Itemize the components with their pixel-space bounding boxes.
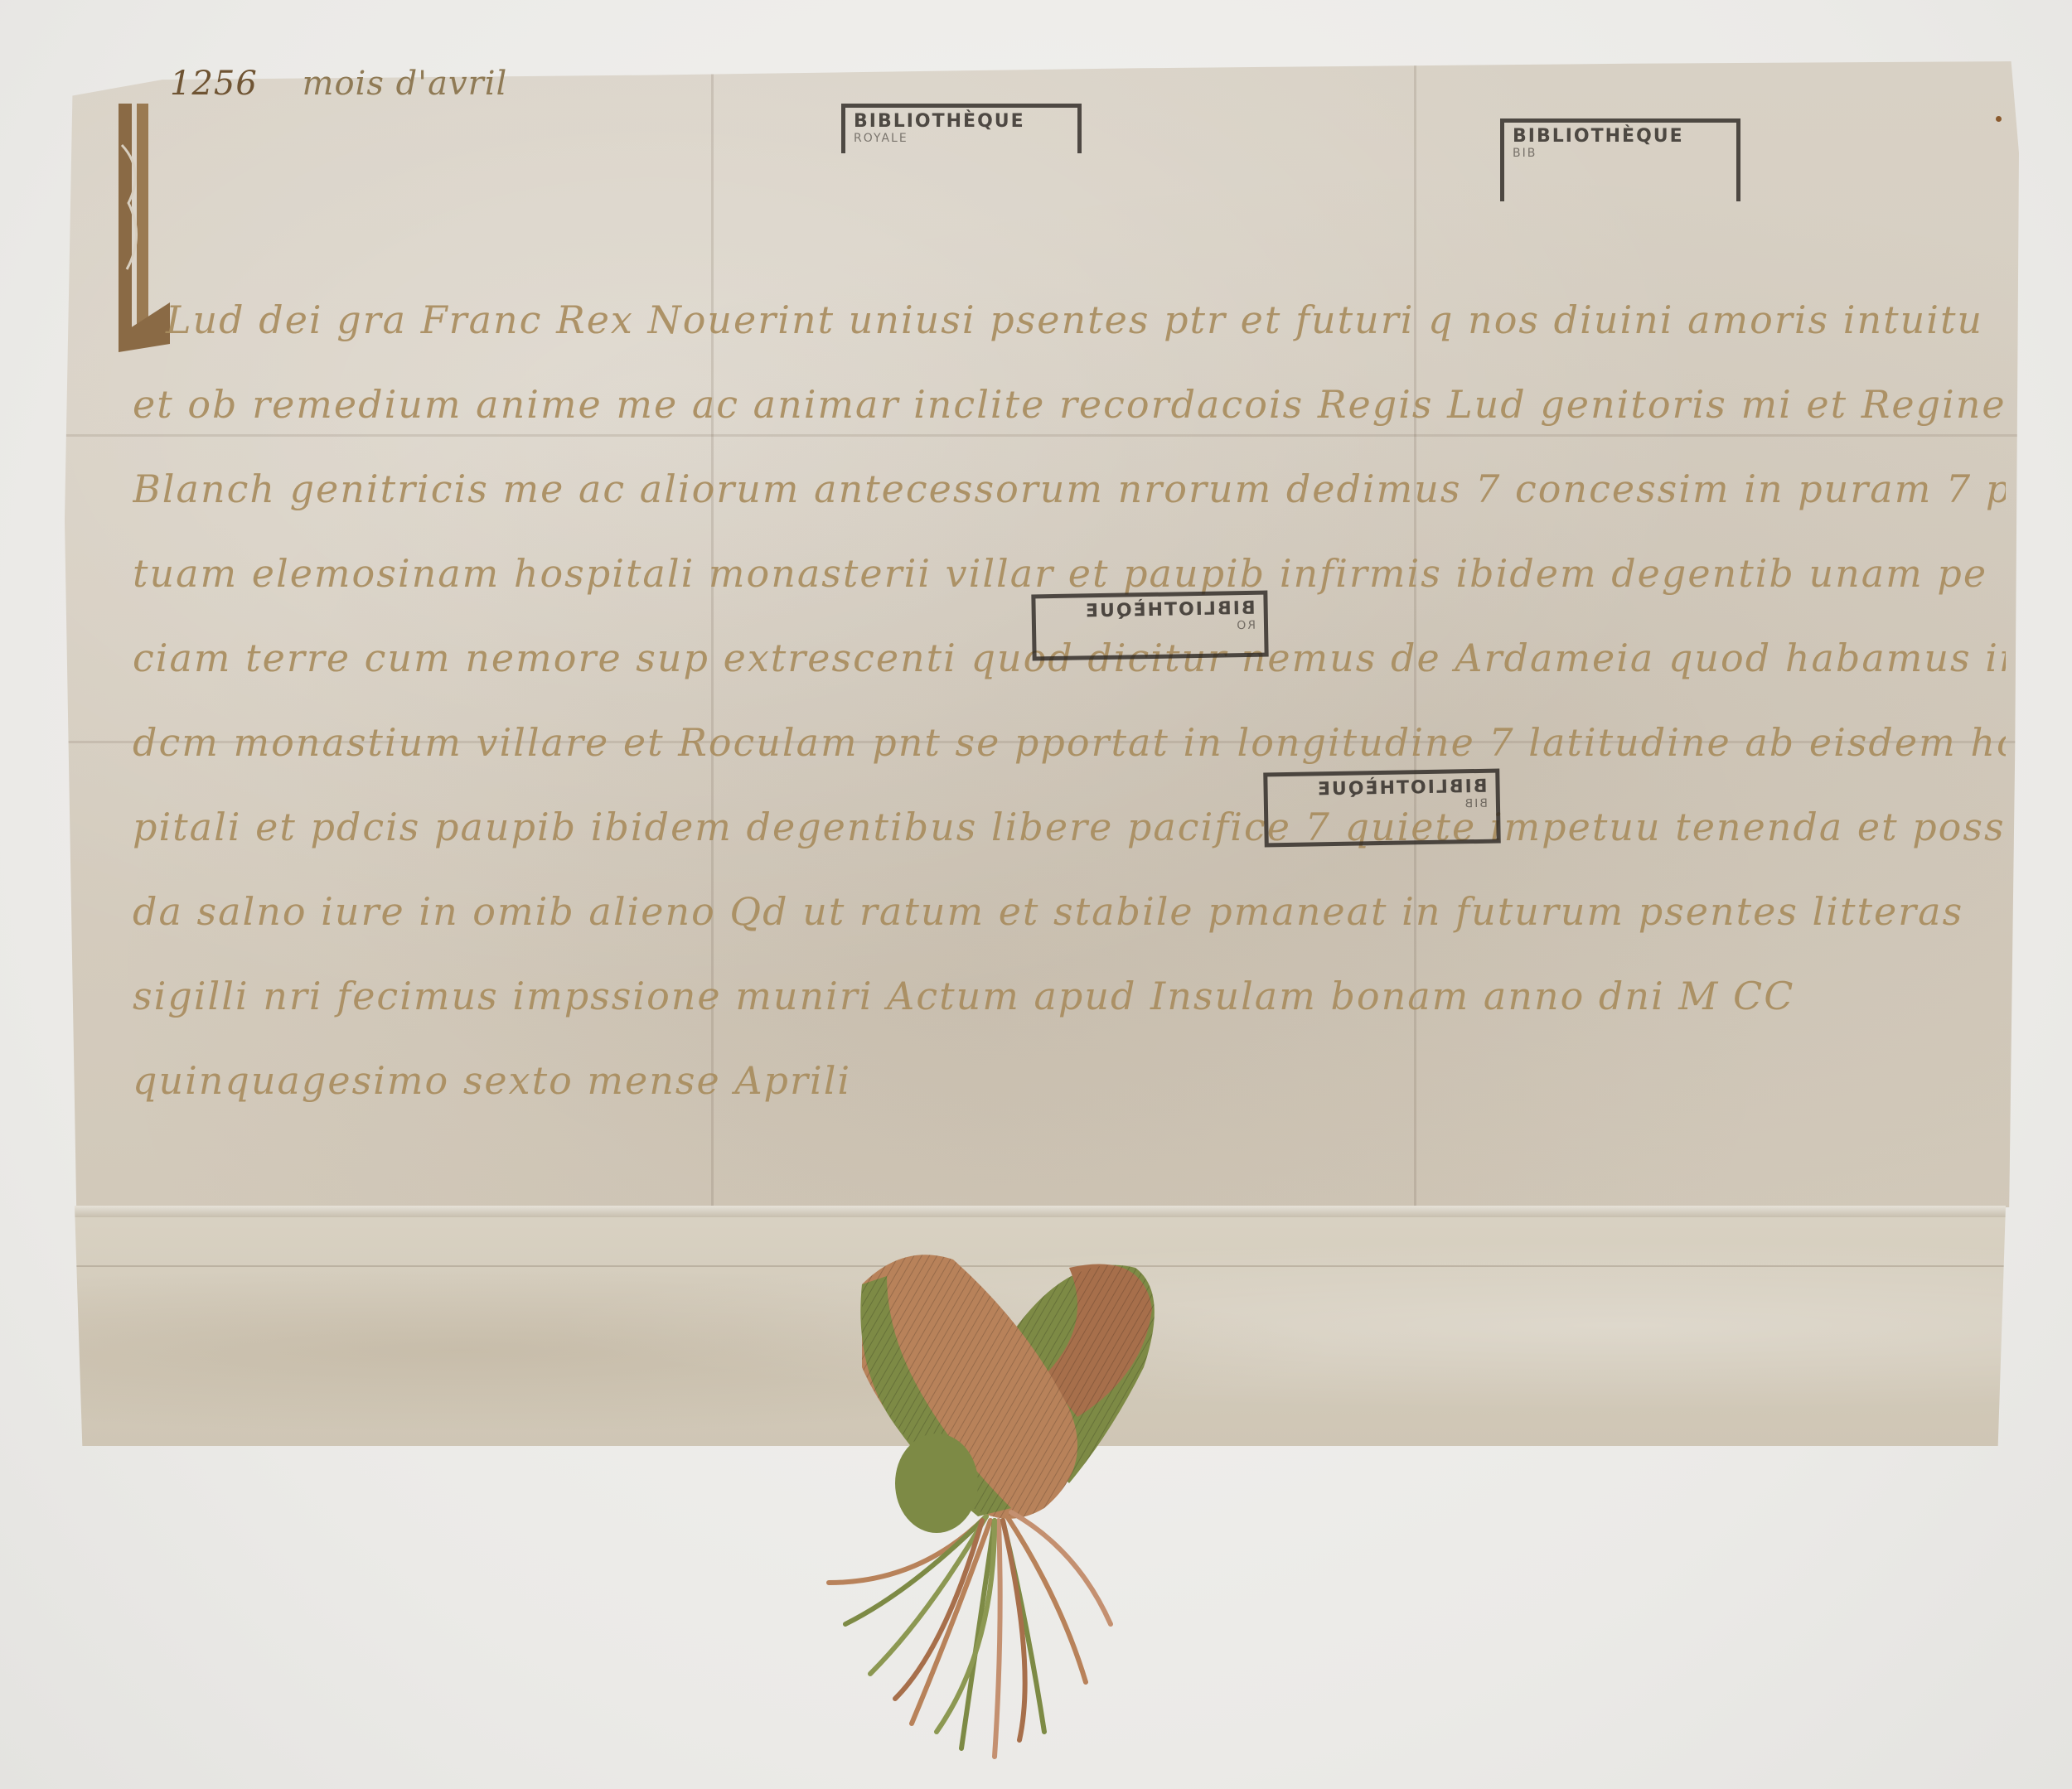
stamp-subtext: BIB <box>1513 147 1728 160</box>
annotation-year: 1256 <box>170 65 258 103</box>
library-stamp: BIBLIOTHÈQUE ROYALE <box>841 104 1082 153</box>
stamp-text: BIBLIOTHÈQUE <box>1316 776 1488 800</box>
text-line: et ob remedium anime me ac animar inclit… <box>133 362 2006 447</box>
library-stamp-mirrored: BIBLIOTHÈQUE BIB <box>1263 769 1501 848</box>
annotation-note: mois d'avril <box>303 65 508 103</box>
date-annotation: 1256 mois d'avril <box>170 65 507 103</box>
stamp-text: BIBLIOTHÈQUE <box>1513 126 1684 147</box>
stamp-subtext: BIB <box>1276 797 1488 814</box>
text-line: pitali et pdcis paupib ibidem degentibus… <box>133 785 2006 869</box>
library-stamp: BIBLIOTHÈQUE BIB <box>1500 118 1740 201</box>
stamp-subtext: RO <box>1044 619 1256 636</box>
stamp-text: BIBLIOTHÈQUE <box>1084 598 1256 622</box>
silk-seal-cord-icon <box>796 1235 1227 1765</box>
library-stamp-mirrored: BIBLIOTHÈQUE RO <box>1031 591 1268 661</box>
text-line: Lud dei gra Franc Rex Nouerint uniusi ps… <box>133 278 2006 362</box>
pin-hole <box>1996 116 2002 122</box>
text-line: da salno iure in omib alieno Qd ut ratum… <box>133 869 2006 954</box>
text-line: quinquagesimo sexto mense Aprili <box>133 1038 2006 1123</box>
text-line: sigilli nri fecimus impssione muniri Act… <box>133 954 2006 1038</box>
plica-crease <box>75 1206 2006 1217</box>
text-line: Blanch genitricis me ac aliorum antecess… <box>133 447 2006 531</box>
charter-text: Lud dei gra Franc Rex Nouerint uniusi ps… <box>133 278 2006 1123</box>
stamp-text: BIBLIOTHÈQUE <box>854 111 1025 132</box>
stamp-subtext: ROYALE <box>854 132 1069 145</box>
text-line: dcm monastium villare et Roculam pnt se … <box>133 700 2006 785</box>
